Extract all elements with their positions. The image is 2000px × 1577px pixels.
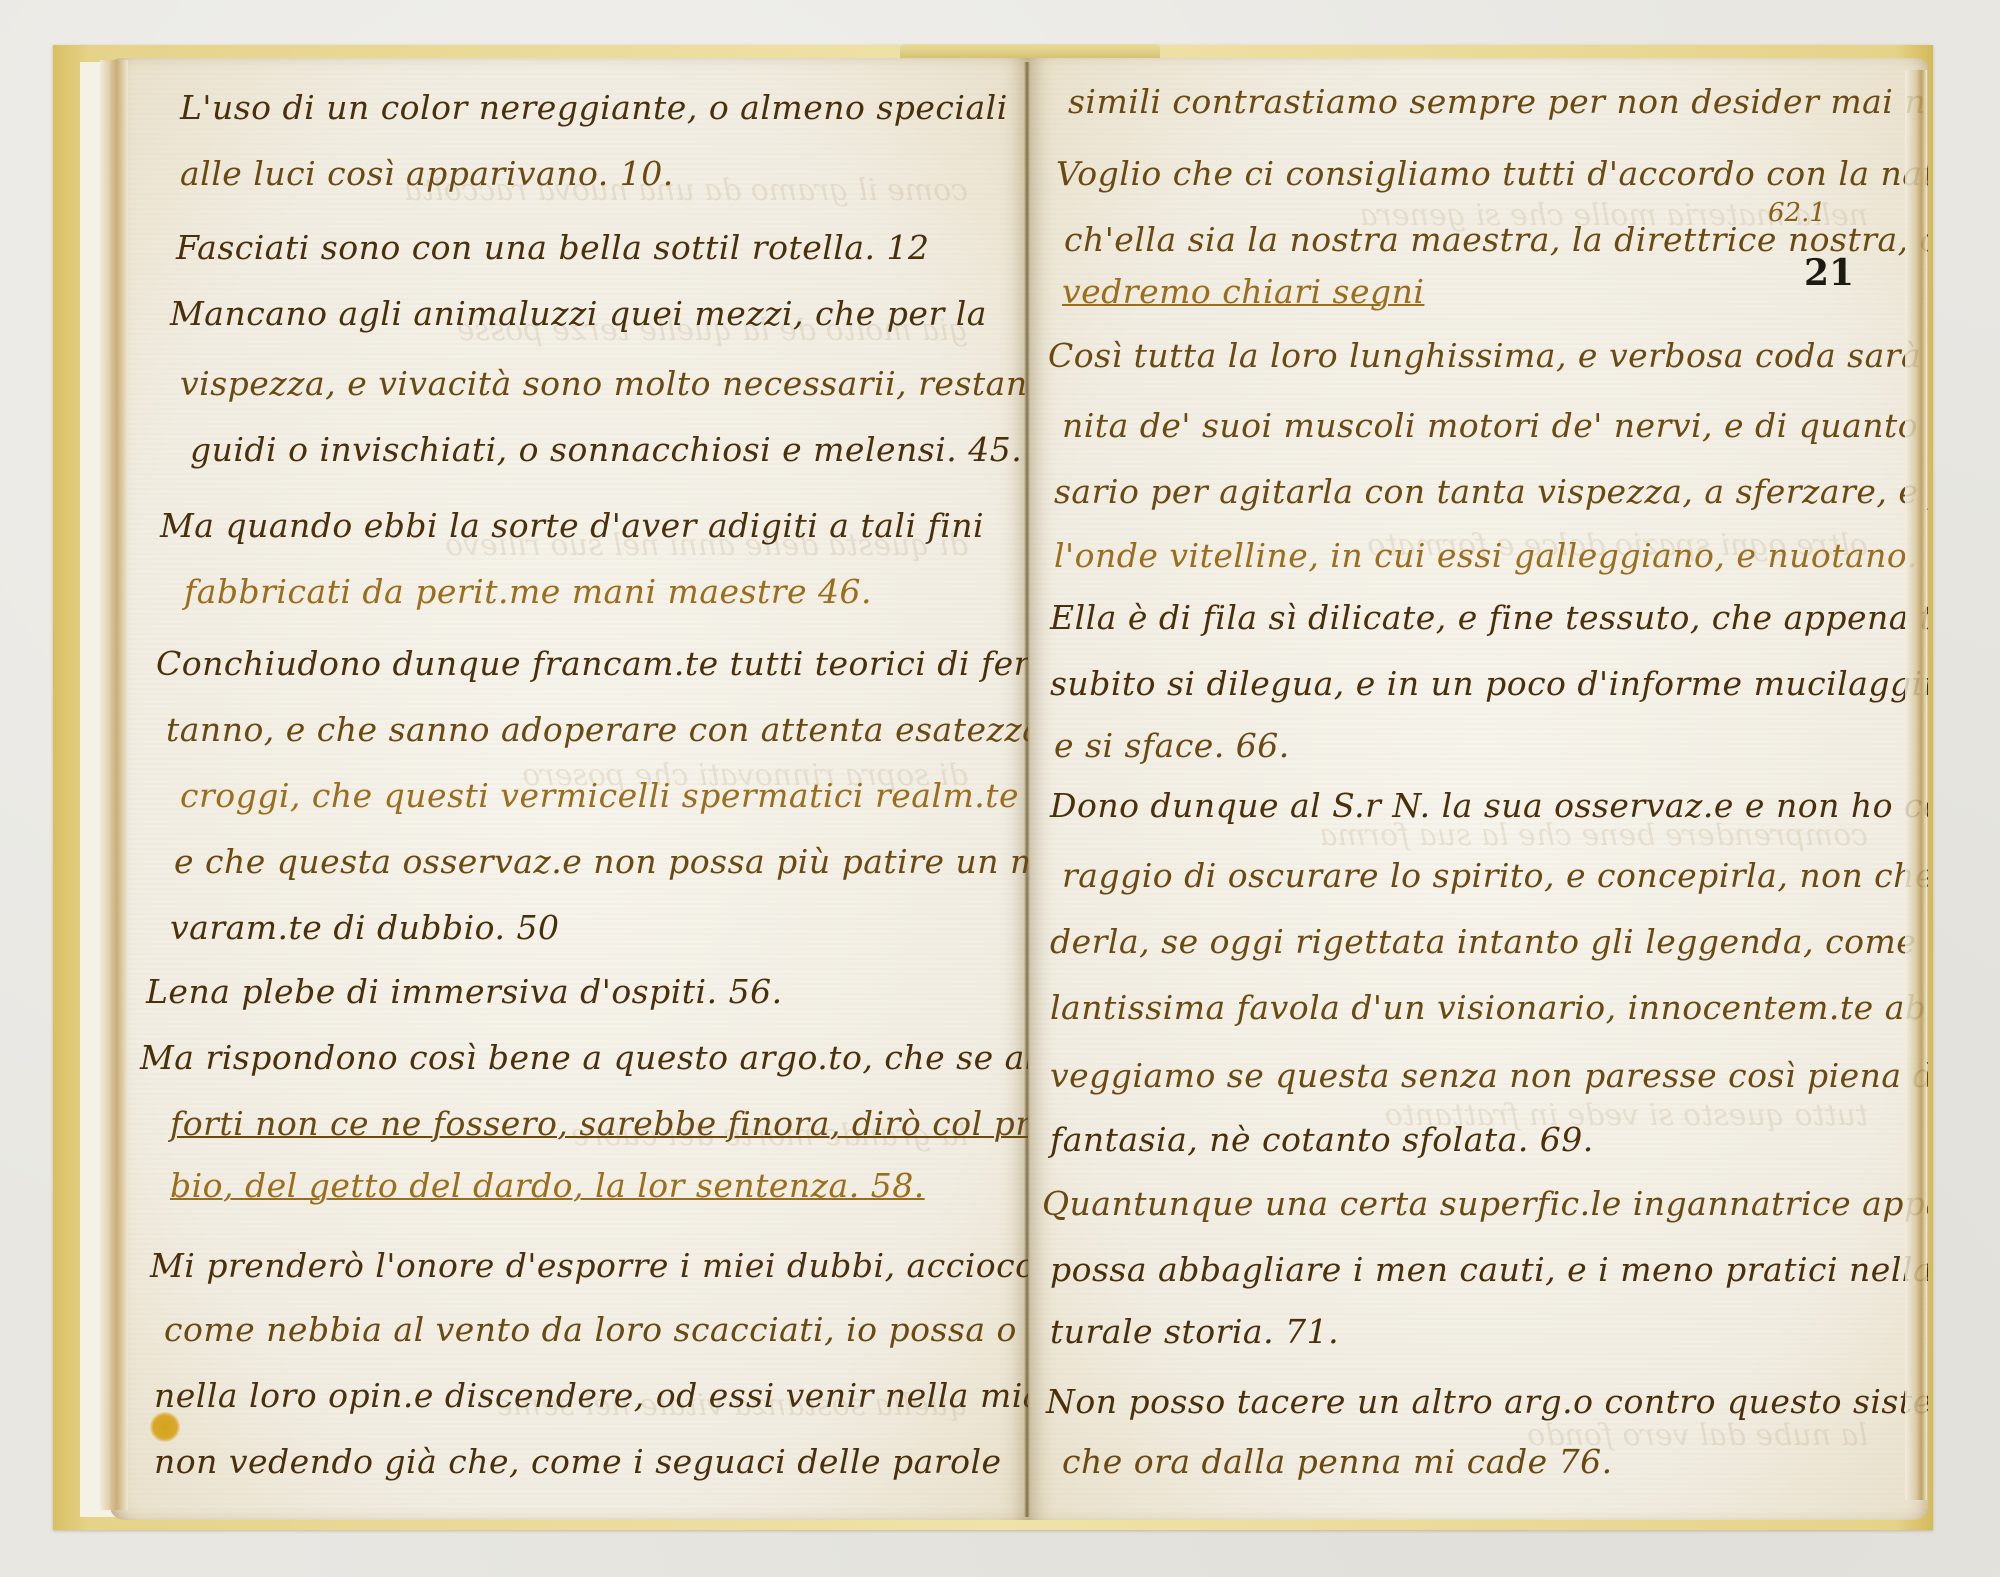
manuscript-line: Non posso tacere un altro arg.o contro q…	[1046, 1382, 1928, 1421]
manuscript-line: non vedendo già che, come i seguaci dell…	[154, 1442, 1002, 1481]
manuscript-line: turale storia. 71.	[1050, 1312, 1339, 1351]
manuscript-line: che ora dalla penna mi cade 76.	[1062, 1442, 1613, 1481]
manuscript-line: vedremo chiari segni	[1062, 272, 1424, 311]
manuscript-line: e che questa osservaz.e non possa più pa…	[174, 842, 1028, 881]
manuscript-line: Ella è di fila sì dilicate, e fine tessu…	[1050, 598, 1928, 637]
manuscript-line: L'uso di un color nereggiante, o almeno …	[180, 88, 1008, 127]
manuscript-line: fantasia, nè cotanto sfolata. 69.	[1050, 1120, 1594, 1159]
manuscript-line: fabbricati da perit.me mani maestre 46.	[184, 572, 872, 611]
margin-note: 62.1	[1768, 198, 1826, 228]
manuscript-line: subito si dilegua, e in un poco d'inform…	[1050, 664, 1928, 703]
manuscript-line: Quantunque una certa superfic.le inganna…	[1042, 1184, 1928, 1223]
manuscript-line: bio, del getto del dardo, la lor sentenz…	[170, 1166, 925, 1205]
manuscript-line: Mi prenderò l'onore d'esporre i miei dub…	[150, 1246, 1028, 1285]
right-page-deckle-edge	[1905, 70, 1927, 1500]
manuscript-line: croggi, che questi vermicelli spermatici…	[180, 776, 1028, 815]
manuscript-line: nella loro opin.e discendere, od essi ve…	[154, 1376, 1028, 1415]
left-page-deckle-edge	[100, 60, 128, 1510]
manuscript-line: nita de' suoi muscoli motori de' nervi, …	[1062, 406, 1928, 445]
manuscript-line: Fasciati sono con una bella sottil rotel…	[176, 228, 930, 267]
manuscript-line: tanno, e che sanno adoperare con attenta…	[166, 710, 1028, 749]
manuscript-line: Voglio che ci consigliamo tutti d'accord…	[1056, 154, 1928, 193]
manuscript-line: l'onde vitelline, in cui essi galleggian…	[1054, 536, 1928, 575]
manuscript-line: forti non ce ne fossero, sarebbe finora,…	[170, 1104, 1028, 1143]
manuscript-line: Ma rispondono così bene a questo argo.to…	[140, 1038, 1028, 1077]
manuscript-line: veggiamo se questa senza non paresse cos…	[1050, 1056, 1928, 1095]
manuscript-line: varam.te di dubbio. 50	[170, 908, 559, 947]
manuscript-line: guidi o invischiati, o sonnacchiosi e me…	[190, 430, 1022, 469]
right-page: nella materia molle che si genera oltre …	[1028, 58, 1928, 1520]
page-number: 21	[1804, 252, 1854, 294]
manuscript-line: Lena plebe di immersiva d'ospiti. 56.	[146, 972, 783, 1011]
ink-stain	[150, 1412, 180, 1442]
manuscript-line: sario per agitarla con tanta vispezza, a…	[1054, 472, 1928, 511]
manuscript-line: vispezza, e vivacità sono molto necessar…	[180, 364, 1028, 403]
left-page: come il gramo da una nuova raccolta gia …	[110, 58, 1028, 1520]
manuscript-line: simili contrastiamo sempre per non desid…	[1068, 82, 1928, 121]
manuscript-line: come nebbia al vento da loro scacciati, …	[164, 1310, 1017, 1349]
manuscript-line: alle luci così apparivano. 10.	[180, 154, 674, 193]
manuscript-line: possa abbagliare i men cauti, e i meno p…	[1050, 1250, 1928, 1289]
manuscript-line: lantissima favola d'un visionario, innoc…	[1050, 988, 1928, 1027]
manuscript-line: Ma quando ebbi la sorte d'aver adigiti a…	[160, 506, 984, 545]
book-gutter	[1024, 62, 1030, 1517]
manuscript-line: derla, se oggi rigettata intanto gli leg…	[1050, 922, 1928, 961]
manuscript-line: Conchiudono dunque francam.te tutti teor…	[156, 644, 1028, 683]
manuscript-line: Così tutta la loro lunghissima, e verbos…	[1048, 336, 1928, 375]
manuscript-line: Dono dunque al S.r N. la sua osservaz.e …	[1050, 786, 1928, 825]
manuscript-line: e si sface. 66.	[1054, 726, 1290, 765]
manuscript-line: Mancano agli animaluzzi quei mezzi, che …	[170, 294, 987, 333]
manuscript-line: raggio di oscurare lo spirito, e concepi…	[1062, 856, 1928, 895]
